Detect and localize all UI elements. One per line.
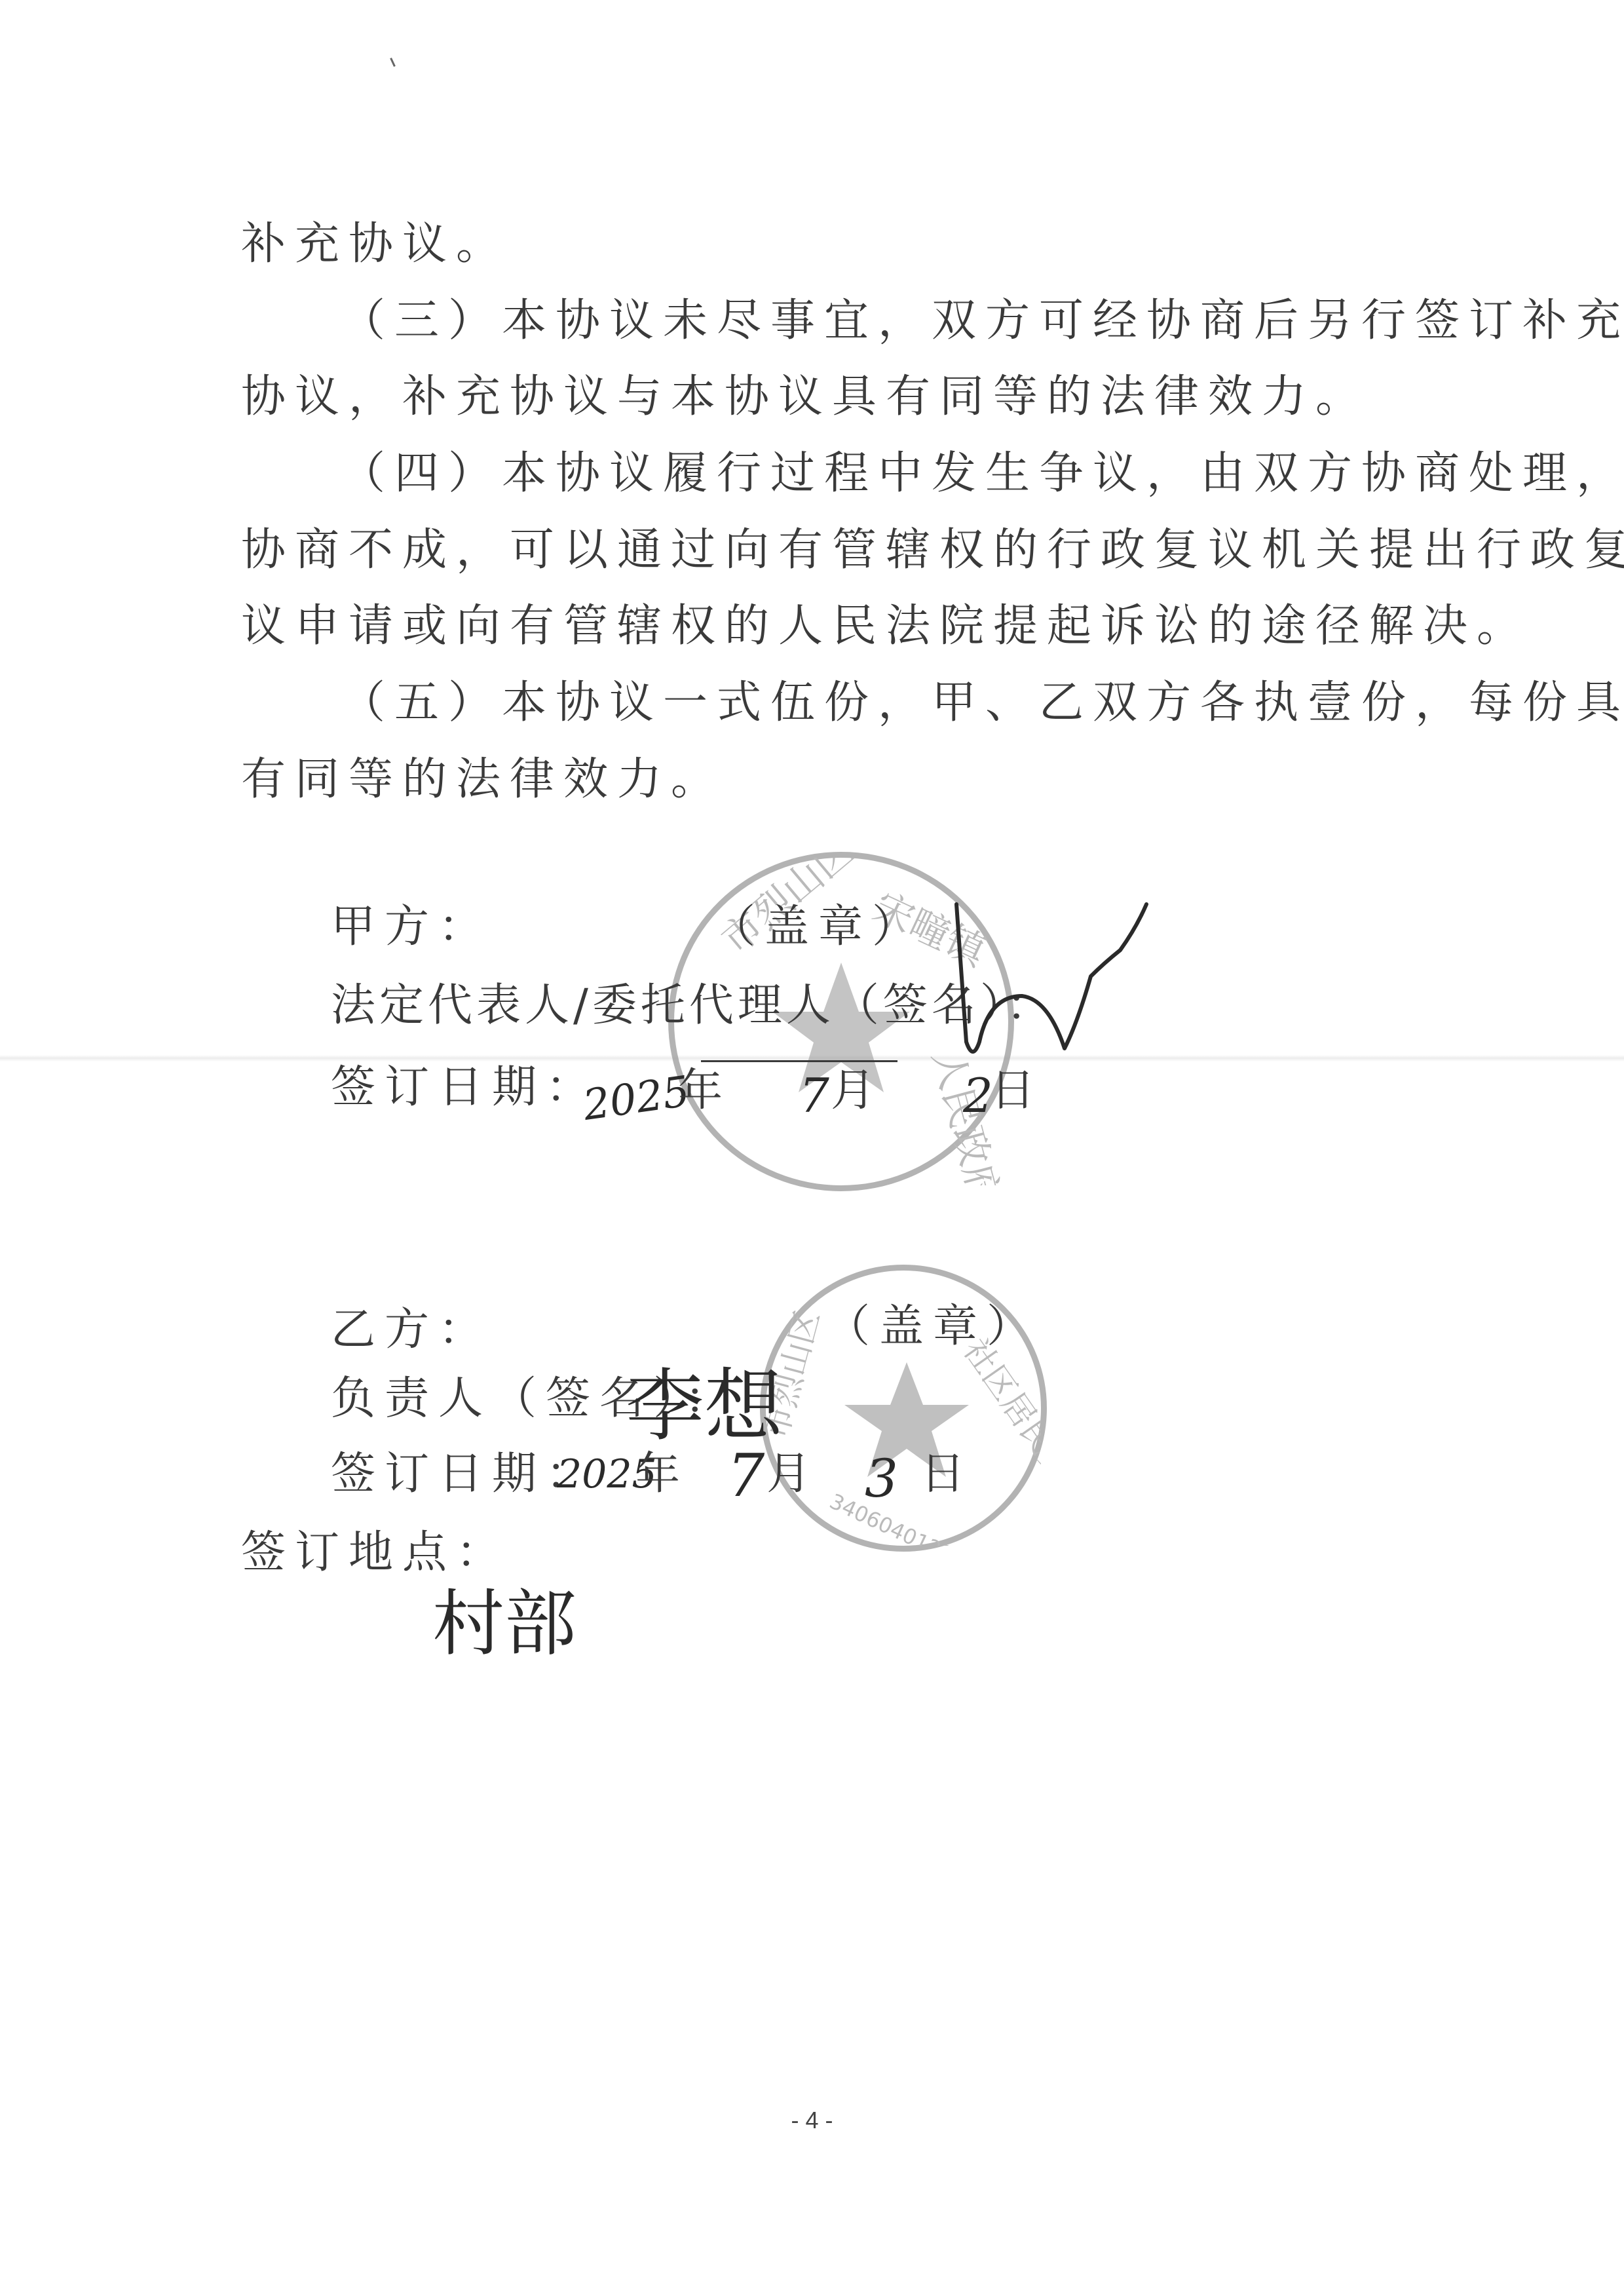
date-underline: [701, 1060, 897, 1062]
clause-4-line-3: 议申请或向有管辖权的人民法院提起诉讼的途径解决。: [241, 600, 1530, 653]
party-a-day-unit: 日: [991, 1065, 1044, 1117]
clause-4-line-2: 协商不成，可以通过向有管辖权的行政复议机关提出行政复: [241, 524, 1624, 577]
party-a-label: 甲方：: [331, 901, 492, 953]
party-b-day-unit: 日: [920, 1448, 974, 1501]
party-a-date-month: 7: [799, 1068, 829, 1123]
clause-5-line-2: 有同等的法律效力。: [241, 754, 725, 806]
paragraph-continuation: 补充协议。: [241, 218, 510, 271]
party-a-seal-note: （盖章）: [711, 901, 926, 953]
party-b-seal-note: （盖章）: [825, 1301, 1040, 1353]
party-a-month-unit: 月: [831, 1065, 884, 1117]
party-b-handwritten-signature: 李想: [626, 1343, 783, 1456]
party-a-date-day: 2: [963, 1068, 993, 1123]
party-b-month-unit: 月: [766, 1448, 820, 1501]
party-a-representative-label: 法定代表人/委托代理人（签名）：: [331, 980, 1055, 1032]
clause-3-line-2: 协议，补充协议与本协议具有同等的法律效力。: [241, 371, 1369, 423]
page-number: - 4 -: [0, 2107, 1624, 2134]
clause-5-line-1: （五）本协议一式伍份，甲、乙双方各执壹份，每份具: [341, 677, 1624, 729]
document-page: 补充协议。 （三）本协议未尽事宜，双方可经协商后另行签订补充 协议，补充协议与本…: [0, 0, 1624, 2296]
party-b-date-month: 7: [727, 1442, 765, 1510]
svg-text:社区居民委员会: 社区居民委员会: [956, 1332, 1041, 1542]
clause-3-line-1: （三）本协议未尽事宜，双方可经协商后另行签订补充: [341, 295, 1624, 347]
party-b-year-unit: 年: [635, 1448, 689, 1501]
party-b-label: 乙方：: [331, 1304, 492, 1356]
party-b-date-day: 3: [865, 1448, 898, 1509]
signing-place-handwritten: 村部: [432, 1566, 576, 1670]
clause-4-line-1: （四）本协议履行过程中发生争议，由双方协商处理，: [341, 448, 1624, 500]
party-a-year-unit: 年: [678, 1065, 732, 1117]
scan-speck: [390, 58, 396, 67]
party-a-date-label: 签订日期：: [331, 1062, 599, 1114]
